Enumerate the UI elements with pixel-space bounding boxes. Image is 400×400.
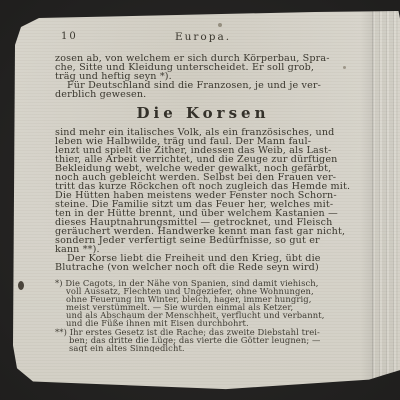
paragraph-korsen-body: sind mehr ein italisches Volk, als ein f…: [55, 128, 351, 254]
paragraph-deutschland: Für Deutschland sind die Franzosen, je u…: [55, 81, 351, 99]
running-head: 10 Europa.: [55, 31, 351, 45]
page-edge-shade: [360, 11, 374, 391]
page-number: 10: [61, 31, 78, 42]
paper-stain: [18, 281, 24, 290]
text-column: 10 Europa. zosen ab, von welchem er sich…: [55, 31, 351, 352]
footnote-sinngedicht: **) Ihr erstes Gesetz ist die Rache; das…: [55, 328, 351, 352]
section-heading-die-korsen: Die Korsen: [55, 104, 351, 122]
footnotes-block: *) Die Cagots, in der Nähe von Spanien, …: [55, 279, 351, 352]
book-page: 10 Europa. zosen ab, von welchem er sich…: [13, 11, 400, 391]
paper-stain: [218, 23, 222, 27]
running-header-title: Europa.: [55, 31, 351, 43]
paragraph-franzosen-continued: zosen ab, von welchem er sich durch Körp…: [55, 54, 351, 81]
footnote-cagots: *) Die Cagots, in der Nähe von Spanien, …: [55, 279, 351, 327]
page-edge-creases: [372, 11, 398, 391]
paragraph-korsen-freiheit: Der Korse liebt die Freiheit und den Kri…: [55, 254, 351, 272]
